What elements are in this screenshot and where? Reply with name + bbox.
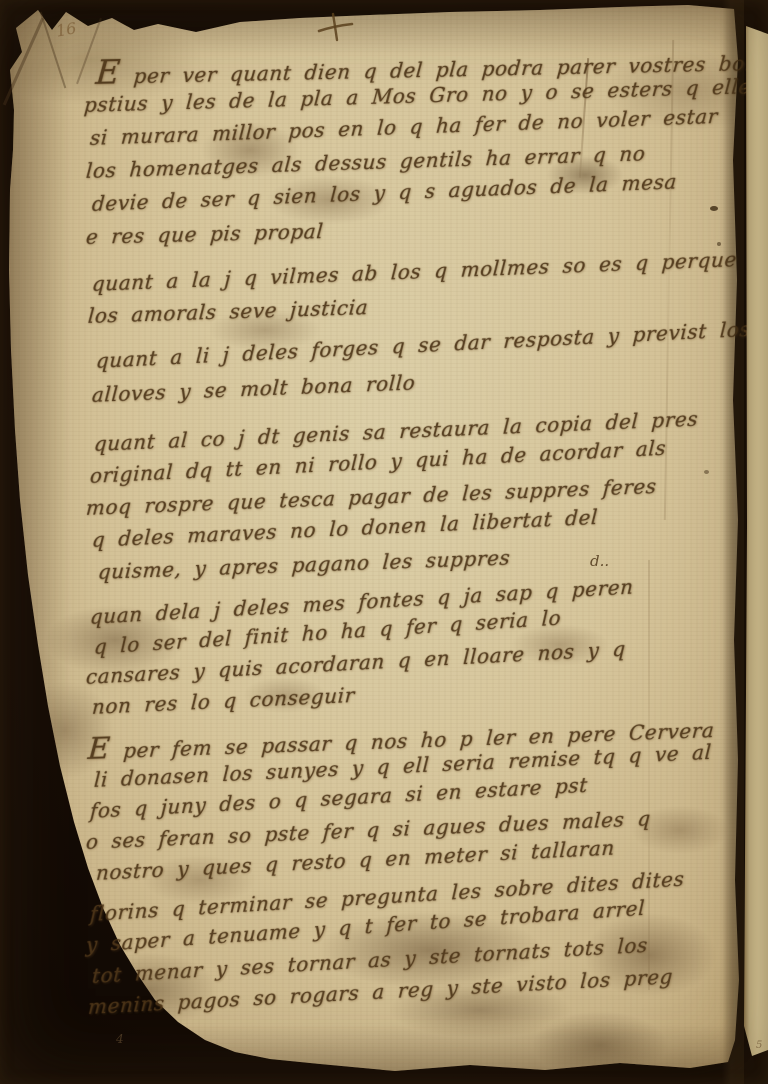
folio-number: 16 [55,18,78,40]
paragraph: E per ver quant dien q del pla podra par… [84,56,732,254]
underlying-page-edge [744,26,768,1060]
next-page-edge-mark: 5 [756,1040,762,1051]
paragraph: quant al co j dt genis sa restaura la co… [84,428,732,588]
bottom-left-mark: 4 [116,1032,124,1046]
paragraph: florins q terminar se pregunta les sobre… [84,899,732,1023]
cross-mark [316,12,356,44]
margin-mark: d.. [590,552,609,570]
manuscript-photo: 16 E per ver quant dien q del pla podra … [0,0,768,1084]
paragraph: quant a li j deles forges q se dar respo… [84,344,732,412]
handwritten-text: E per ver quant dien q del pla podra par… [84,56,732,1023]
paragraph: quan dela j deles mes fontes q ja sap q … [84,602,732,722]
